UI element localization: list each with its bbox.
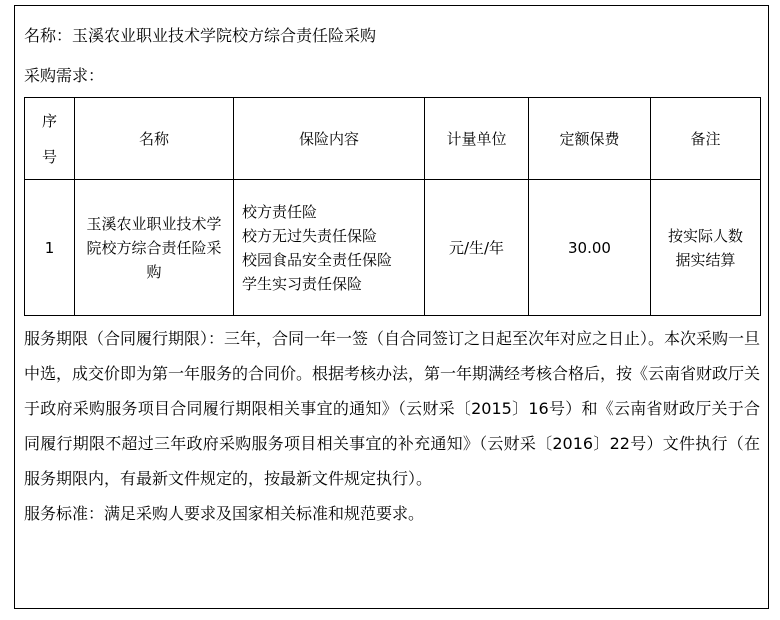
header-content: 保险内容 <box>234 98 425 180</box>
requirements-label: 采购需求： <box>24 66 104 86</box>
header-unit: 计量单位 <box>425 98 529 180</box>
header-index-line-1: 序 <box>31 103 68 139</box>
table-header-row: 序 号 名称 保险内容 计量单位 定额保费 备注 <box>25 98 761 180</box>
requirements-table: 序 号 名称 保险内容 计量单位 定额保费 备注 1 玉溪农业职业技术学院校方综… <box>24 97 761 316</box>
service-standard-paragraph: 服务标准：满足采购人要求及国家相关标准和规范要求。 <box>24 496 760 531</box>
procurement-title: 名称：玉溪农业职业技术学院校方综合责任险采购 <box>24 26 376 46</box>
content-item: 校方责任险 <box>242 200 418 224</box>
cell-index: 1 <box>25 180 75 316</box>
table-row: 1 玉溪农业职业技术学院校方综合责任险采购 校方责任险 校方无过失责任保险 校园… <box>25 180 761 316</box>
cell-unit: 元/生/年 <box>425 180 529 316</box>
service-period-paragraph: 服务期限（合同履行期限）：三年，合同一年一签（自合同签订之日起至次年对应之日止）… <box>24 321 760 496</box>
service-text: 服务期限（合同履行期限）：三年，合同一年一签（自合同签订之日起至次年对应之日止）… <box>24 321 760 531</box>
content-item: 校方无过失责任保险 <box>242 224 418 248</box>
header-index: 序 号 <box>25 98 75 180</box>
cell-note: 按实际人数据实结算 <box>651 180 761 316</box>
header-note: 备注 <box>651 98 761 180</box>
cell-content: 校方责任险 校方无过失责任保险 校园食品安全责任保险 学生实习责任保险 <box>234 180 425 316</box>
content-item: 学生实习责任保险 <box>242 272 418 296</box>
header-name: 名称 <box>75 98 234 180</box>
header-index-line-2: 号 <box>31 139 68 175</box>
header-fee: 定额保费 <box>529 98 651 180</box>
cell-fee: 30.00 <box>529 180 651 316</box>
content-item: 校园食品安全责任保险 <box>242 248 418 272</box>
cell-name: 玉溪农业职业技术学院校方综合责任险采购 <box>75 180 234 316</box>
